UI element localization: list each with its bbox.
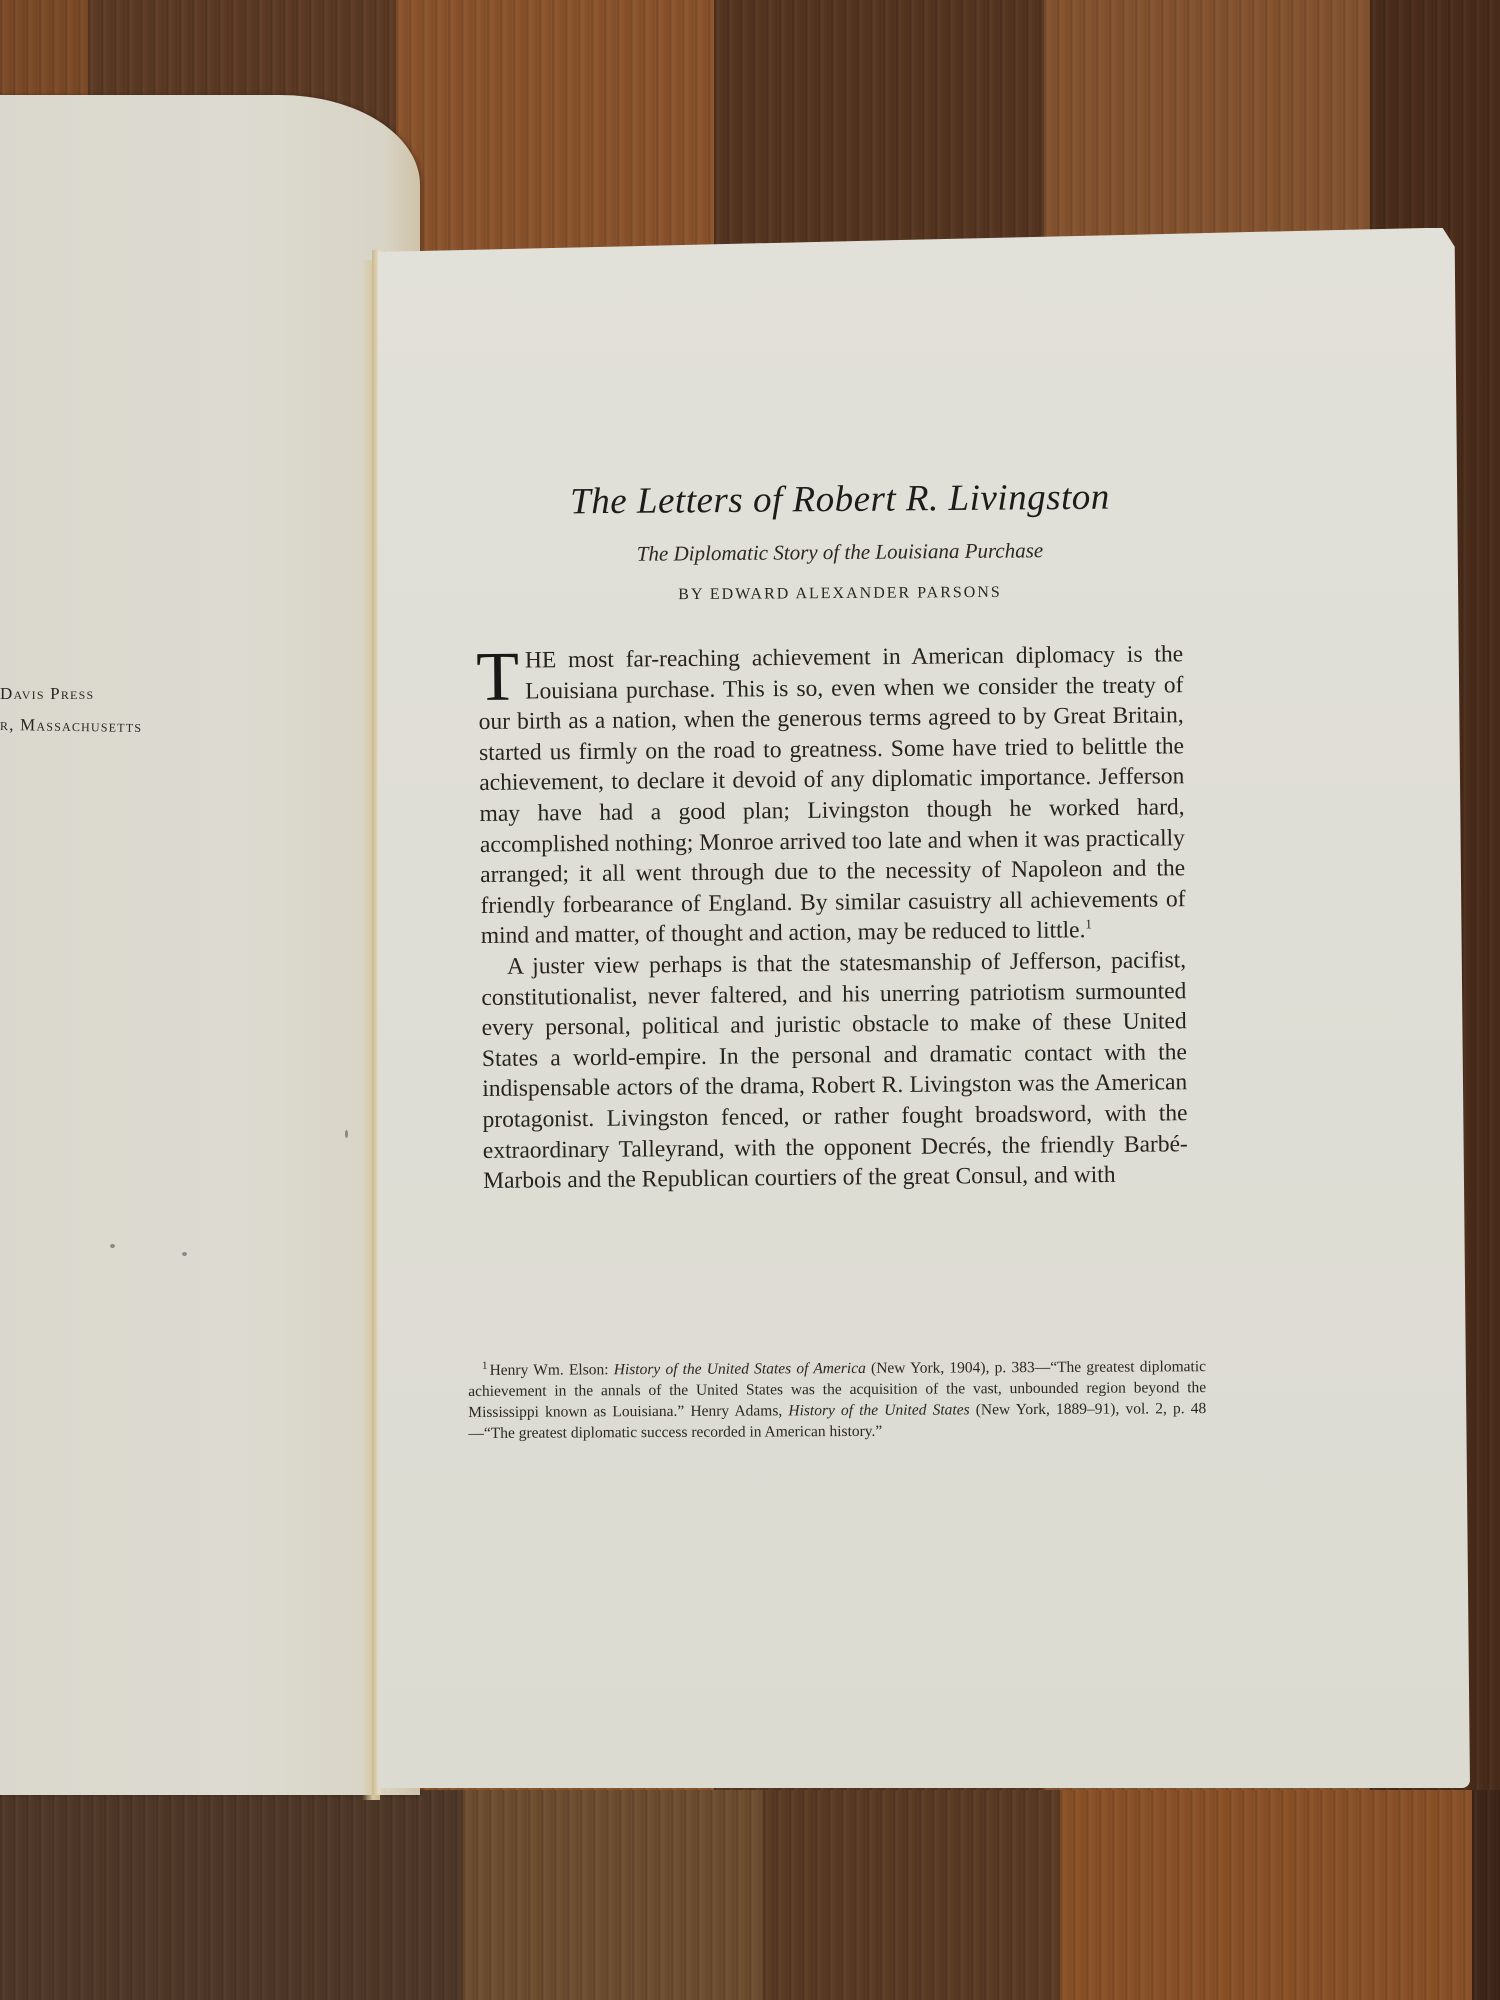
left-page-press-location: r, Massachusetts — [0, 715, 142, 737]
ink-smudge — [345, 1130, 348, 1138]
paragraph-1-text: most far-reaching achievement in America… — [479, 641, 1186, 949]
wood-board-bottom — [763, 1790, 1063, 2000]
left-page-press-name: Davis Press — [0, 684, 94, 704]
footnote-book-title-1: History of the United States of America — [614, 1360, 866, 1378]
paragraph-2: A juster view perhaps is that the states… — [481, 945, 1188, 1197]
wood-board-bottom — [1060, 1790, 1475, 2000]
footnote-mark: 1 — [482, 1360, 488, 1372]
wood-board-bottom — [0, 1790, 466, 2000]
paragraph-1: THE most far-reaching achievement in Ame… — [478, 639, 1186, 952]
lead-caps: HE — [525, 647, 557, 673]
drop-cap: T — [476, 650, 519, 706]
ink-smudge — [182, 1252, 187, 1256]
left-page — [0, 95, 420, 1795]
ink-smudge — [110, 1244, 115, 1248]
article-body: THE most far-reaching achievement in Ame… — [478, 639, 1188, 1196]
footnote-book-title-2: History of the United States — [788, 1401, 969, 1419]
article-title: The Letters of Robert R. Livingston — [500, 475, 1180, 524]
wood-board-bottom — [463, 1790, 766, 2000]
wood-board-bottom — [1472, 1790, 1500, 2000]
footnote: 1Henry Wm. Elson: History of the United … — [468, 1356, 1206, 1444]
footnote-text-1: Henry Wm. Elson: — [490, 1361, 614, 1379]
footnote-ref: 1 — [1085, 917, 1092, 932]
